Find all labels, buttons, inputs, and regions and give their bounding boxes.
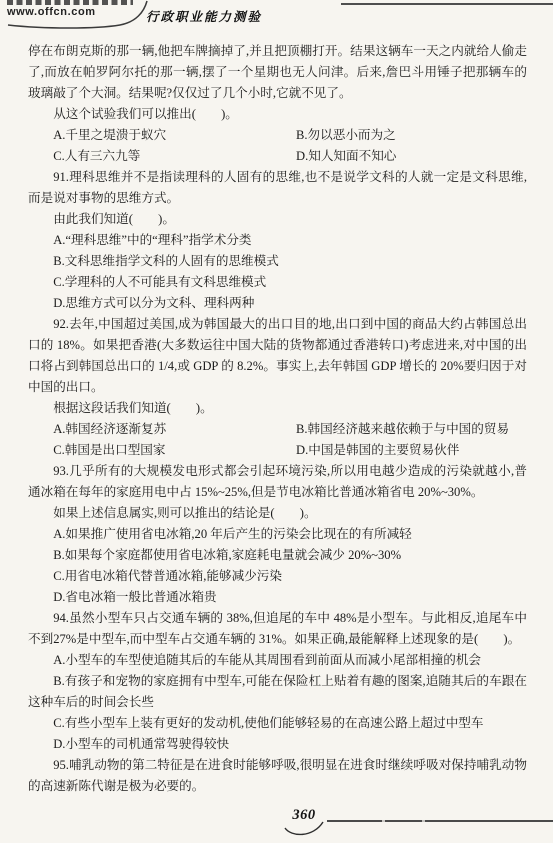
q90-options-cd-right: D.知人知面不知心	[296, 146, 396, 167]
offcn-logo: www.offcn.com	[4, 0, 156, 34]
document-page: www.offcn.com 行政职业能力测验 停在布朗克斯的那一辆,他把车牌摘掉…	[0, 0, 553, 843]
logo-swoosh-line	[4, 0, 156, 34]
q92-options-ab: A.韩国经济逐渐复苏B.韩国经济越来越依赖于与中国的贸易	[28, 419, 527, 440]
q93-prompt: 如果上述信息属实,则可以推出的结论是( )。	[28, 503, 527, 524]
q90-options-ab-right: B.勿以恶小而为之	[296, 125, 396, 146]
page-number: 360	[281, 806, 327, 838]
q94-option-c: C.有些小型车上装有更好的发动机,使他们能够轻易的在高速公路上超过中型车	[28, 713, 527, 734]
q92-options-cd-right: D.中国是韩国的主要贸易伙伴	[296, 440, 459, 461]
q90-prompt: 从这个试验我们可以推出( )。	[28, 104, 527, 125]
q91-option-b: B.文科思维指学文科的人固有的思维模式	[28, 251, 527, 272]
q91-option-a: A.“理科思维”中的“理科”指学术分类	[28, 230, 527, 251]
q93-option-a: A.如果推广使用省电冰箱,20 年后产生的污染会比现在的有所减轻	[28, 524, 527, 545]
footer-rule-line	[327, 820, 553, 822]
q92-stem: 92.去年,中国超过美国,成为韩国最大的出口目的地,出口到中国的商品大约占韩国总…	[28, 314, 527, 398]
q94-option-b: B.有孩子和宠物的家庭拥有中型车,可能在保险杠上贴着有趣的图案,追随其后的车跟在…	[28, 671, 527, 713]
q93-option-d: D.省电冰箱一般比普通冰箱贵	[28, 587, 527, 608]
q92-options-ab-right: B.韩国经济越来越依赖于与中国的贸易	[296, 419, 509, 440]
q93-option-b: B.如果每个家庭都使用省电冰箱,家庭耗电量就会减少 20%~30%	[28, 545, 527, 566]
q91-prompt: 由此我们知道( )。	[28, 209, 527, 230]
document-content: 停在布朗克斯的那一辆,他把车牌摘掉了,并且把顶棚打开。结果这辆车一天之内就给人偷…	[28, 41, 527, 797]
q90-options-cd: C.人有三六九等D.知人知面不知心	[28, 146, 527, 167]
q90-options-cd-left: C.人有三六九等	[53, 149, 140, 163]
q92-options-ab-left: A.韩国经济逐渐复苏	[53, 422, 166, 436]
q93-stem: 93.几乎所有的大规模发电形式都会引起环境污染,所以用电越少造成的污染就越小,普…	[28, 461, 527, 503]
q92-options-cd-left: C.韩国是出口型国家	[53, 443, 165, 457]
page-number-text: 360	[292, 807, 315, 823]
header-rule-line	[341, 3, 553, 5]
q91-option-d: D.思维方式可以分为文科、理科两种	[28, 293, 527, 314]
q90-passage: 停在布朗克斯的那一辆,他把车牌摘掉了,并且把顶棚打开。结果这辆车一天之内就给人偷…	[28, 41, 527, 104]
q90-options-ab-left: A.千里之堤溃于蚁穴	[53, 128, 166, 142]
q94-option-a: A.小型车的车型使追随其后的车能从其周围看到前面从而减小尾部相撞的机会	[28, 650, 527, 671]
q91-option-c: C.学理科的人不可能具有文科思维模式	[28, 272, 527, 293]
q92-options-cd: C.韩国是出口型国家D.中国是韩国的主要贸易伙伴	[28, 440, 527, 461]
document-title: 行政职业能力测验	[146, 7, 262, 25]
q91-stem: 91.理科思维并不是指读理科的人固有的思维,也不是说学文科的人就一定是文科思维,…	[28, 167, 527, 209]
q95-stem: 95.哺乳动物的第二特征是在进食时能够呼吸,很明显在进食时继续呼吸对保持哺乳动物…	[28, 755, 527, 797]
q94-option-d: D.小型车的司机通常驾驶得较快	[28, 734, 527, 755]
q93-option-c: C.用省电冰箱代替普通冰箱,能够减少污染	[28, 566, 527, 587]
q90-options-ab: A.千里之堤溃于蚁穴B.勿以恶小而为之	[28, 125, 527, 146]
q94-stem: 94.虽然小型车只占交通车辆的 38%,但追尾的车中 48%是小型车。与此相反,…	[28, 608, 527, 650]
q92-prompt: 根据这段话我们知道( )。	[28, 398, 527, 419]
